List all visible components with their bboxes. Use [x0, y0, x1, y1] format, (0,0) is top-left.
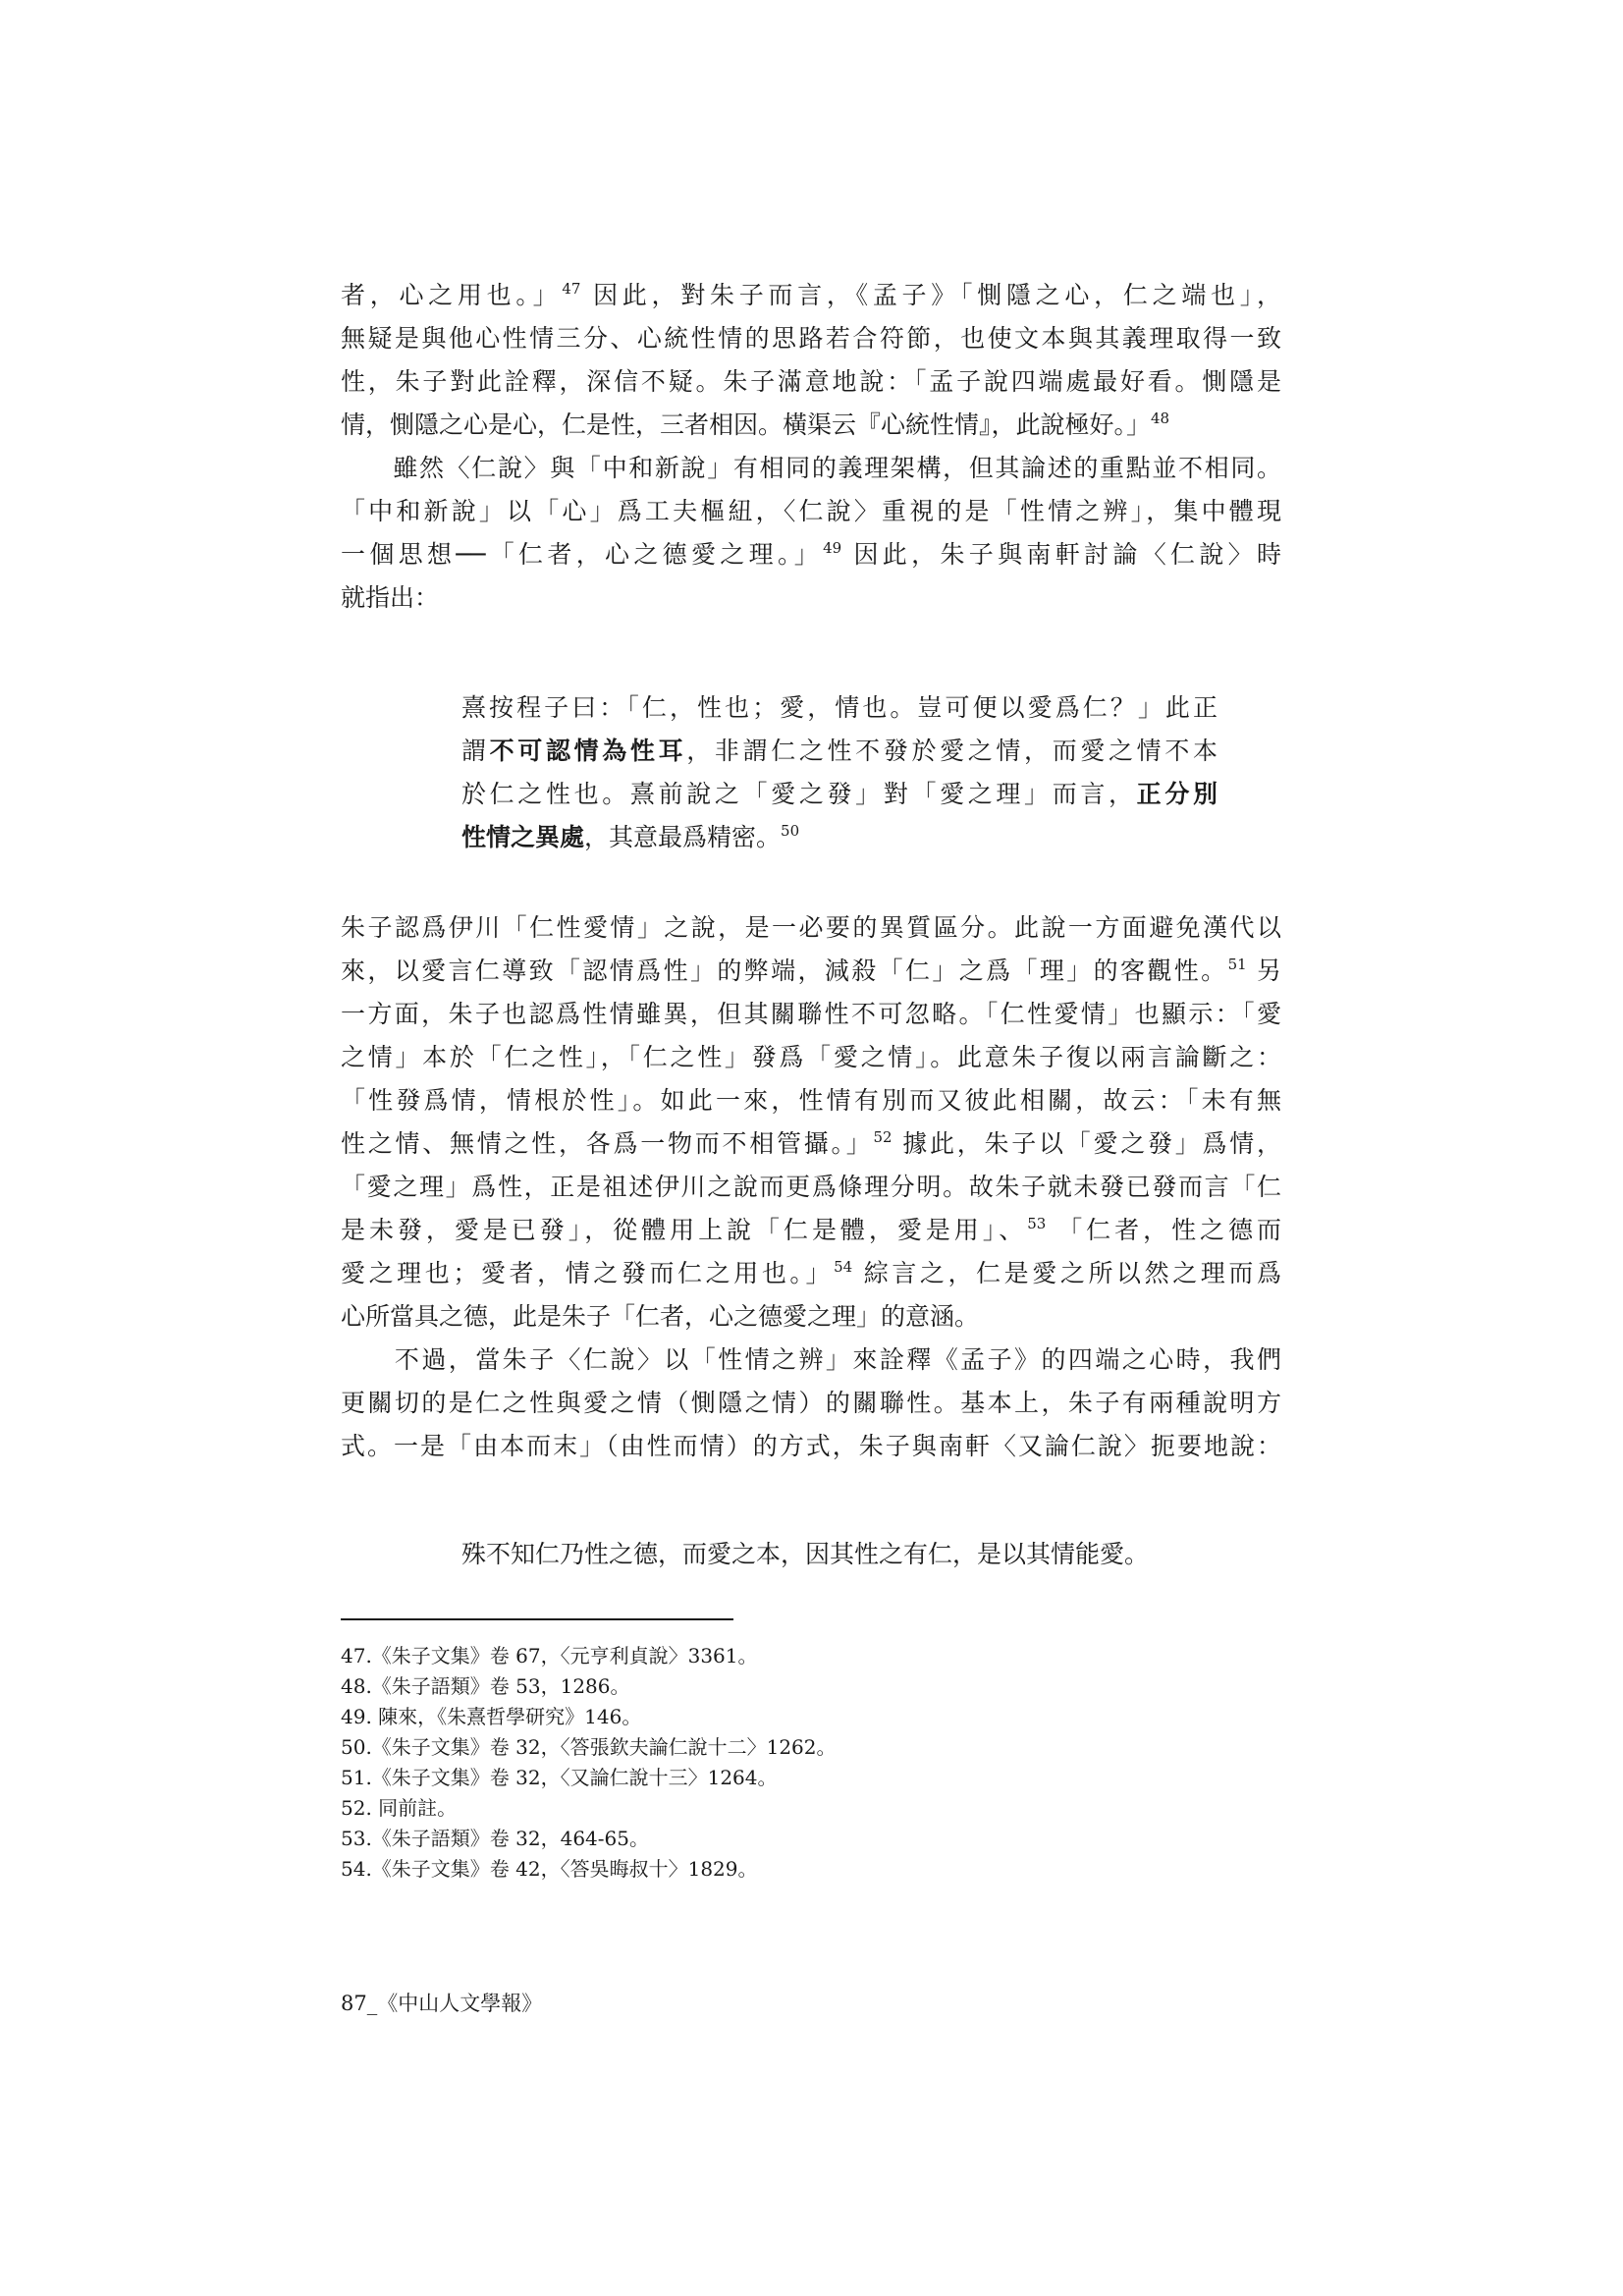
block-quote-line: 謂不可認情為性耳，非謂仁之性不發於愛之情，而愛之情不本 — [461, 735, 1217, 768]
footnote-ref[interactable]: 50 — [781, 822, 799, 840]
body-line: 一個思想──「仁者，心之德愛之理。」49 因此，朱子與南軒討論〈仁說〉時 — [341, 538, 1281, 572]
body-line: 來，以愛言仁導致「認情爲性」的弊端，減殺「仁」之爲「理」的客觀性。51 另 — [341, 955, 1281, 988]
page-folio: 87_《中山人文學報》 — [341, 1990, 542, 2017]
text: 「仁者，性之德而 — [1046, 1216, 1281, 1244]
body-line: 無疑是與他心性情三分、心統性情的思路若合符節，也使文本與其義理取得一致 — [341, 322, 1281, 355]
block-quote-line: 殊不知仁乃性之德，而愛之本，因其性之有仁，是以其情能愛。 — [461, 1538, 1217, 1571]
text: 謂 — [461, 737, 490, 765]
block-quote-line: 性情之異處，其意最爲精密。50 — [461, 821, 1217, 854]
text: ，其意最爲精密。 — [584, 823, 781, 851]
body-line: 之情」本於「仁之性」，「仁之性」發爲「愛之情」。此意朱子復以兩言論斷之： — [341, 1041, 1281, 1074]
body-line: 更關切的是仁之性與愛之情（惻隱之情）的關聯性。基本上，朱子有兩種說明方 — [341, 1387, 1281, 1420]
body-line: 情，惻隱之心是心，仁是性，三者相因。橫渠云『心統性情』，此說極好。」48 — [341, 409, 1281, 442]
body-line: 一方面，朱子也認爲性情雖異，但其關聯性不可忽略。「仁性愛情」也顯示：「愛 — [341, 998, 1281, 1031]
body-line: 「愛之理」爲性，正是祖述伊川之說而更爲條理分明。故朱子就未發已發而言「仁 — [341, 1171, 1281, 1204]
footnote-ref[interactable]: 48 — [1151, 410, 1169, 427]
text: 一個思想──「仁者，心之德愛之理。」 — [341, 540, 823, 569]
footnote: 54.《朱子文集》卷 42，〈答吳晦叔十〉1829。 — [341, 1855, 758, 1883]
body-line: 愛之理也；愛者，情之發而仁之用也。」54 綜言之，仁是愛之所以然之理而爲 — [341, 1257, 1281, 1290]
footnote-ref[interactable]: 54 — [834, 1258, 852, 1276]
footnote: 50.《朱子文集》卷 32，〈答張欽夫論仁說十二〉1262。 — [341, 1733, 837, 1761]
emphasis: 正分別 — [1137, 780, 1217, 808]
text: 愛之理也；愛者，情之發而仁之用也。」 — [341, 1259, 834, 1287]
footnote-ref[interactable]: 49 — [823, 539, 841, 557]
text: 性之情、無情之性，各爲一物而不相管攝。」 — [341, 1129, 873, 1158]
body-line: 性，朱子對此詮釋，深信不疑。朱子滿意地說：「孟子說四端處最好看。惻隱是 — [341, 365, 1281, 399]
footnote-ref[interactable]: 51 — [1228, 956, 1247, 973]
body-line: 心所當具之德，此是朱子「仁者，心之德愛之理」的意涵。 — [341, 1300, 1281, 1334]
footnote: 53.《朱子語類》卷 32，464-65。 — [341, 1825, 649, 1852]
text: 綜言之，仁是愛之所以然之理而爲 — [852, 1259, 1281, 1287]
body-line: 就指出： — [341, 581, 1281, 615]
body-line: 不過，當朱子〈仁說〉以「性情之辨」來詮釋《孟子》的四端之心時，我們 — [341, 1343, 1281, 1377]
text: 來，以愛言仁導致「認情爲性」的弊端，減殺「仁」之爲「理」的客觀性。 — [341, 957, 1228, 985]
footnote: 47.《朱子文集》卷 67，〈元亨利貞說〉3361。 — [341, 1642, 758, 1669]
footnote-divider — [341, 1618, 733, 1620]
text: 是未發，愛是已發」，從體用上說「仁是體，愛是用」、 — [341, 1216, 1027, 1244]
body-line: 式。一是「由本而末」（由性而情）的方式，朱子與南軒〈又論仁說〉扼要地說： — [341, 1430, 1281, 1463]
footnote: 51.《朱子文集》卷 32，〈又論仁說十三〉1264。 — [341, 1764, 778, 1791]
footnote: 48.《朱子語類》卷 53，1286。 — [341, 1672, 630, 1700]
body-line: 者，心之用也。」47 因此，對朱子而言，《孟子》「惻隱之心，仁之端也」， — [341, 279, 1281, 312]
body-line: 是未發，愛是已發」，從體用上說「仁是體，愛是用」、53 「仁者，性之德而 — [341, 1214, 1281, 1247]
body-line: 「中和新說」以「心」爲工夫樞紐，〈仁說〉重視的是「性情之辨」，集中體現 — [341, 495, 1281, 528]
body-line: 雖然〈仁說〉與「中和新說」有相同的義理架構，但其論述的重點並不相同。 — [341, 452, 1281, 485]
body-line: 朱子認爲伊川「仁性愛情」之說，是一必要的異質區分。此說一方面避免漢代以 — [341, 911, 1281, 945]
text: 據此，朱子以「愛之發」爲情， — [893, 1129, 1281, 1158]
text: 因此，對朱子而言，《孟子》「惻隱之心，仁之端也」， — [580, 281, 1281, 309]
footnote: 49. 陳來，《朱熹哲學研究》146。 — [341, 1703, 641, 1730]
text: 因此，朱子與南軒討論〈仁說〉時 — [841, 540, 1281, 569]
emphasis: 不可認情為性耳 — [490, 737, 687, 765]
block-quote-line: 熹按程子曰：「仁，性也；愛，情也。豈可便以愛爲仁？」此正 — [461, 691, 1217, 725]
body-line: 「性發爲情，情根於性」。如此一來，性情有別而又彼此相關，故云：「未有無 — [341, 1084, 1281, 1118]
emphasis: 性情之異處 — [461, 823, 584, 851]
text: 情，惻隱之心是心，仁是性，三者相因。橫渠云『心統性情』，此說極好。」 — [341, 410, 1151, 439]
footnote-ref[interactable]: 53 — [1027, 1215, 1046, 1232]
text: 者，心之用也。」 — [341, 281, 562, 309]
footnote: 52. 同前註。 — [341, 1794, 457, 1822]
footnote-ref[interactable]: 52 — [873, 1128, 892, 1146]
text: 於仁之性也。熹前說之「愛之發」對「愛之理」而言， — [461, 780, 1137, 808]
text: ，非謂仁之性不發於愛之情，而愛之情不本 — [686, 737, 1217, 765]
text: 另 — [1247, 957, 1281, 985]
footnote-ref[interactable]: 47 — [562, 280, 580, 298]
block-quote-line: 於仁之性也。熹前說之「愛之發」對「愛之理」而言，正分別 — [461, 778, 1217, 811]
body-line: 性之情、無情之性，各爲一物而不相管攝。」52 據此，朱子以「愛之發」爲情， — [341, 1127, 1281, 1161]
